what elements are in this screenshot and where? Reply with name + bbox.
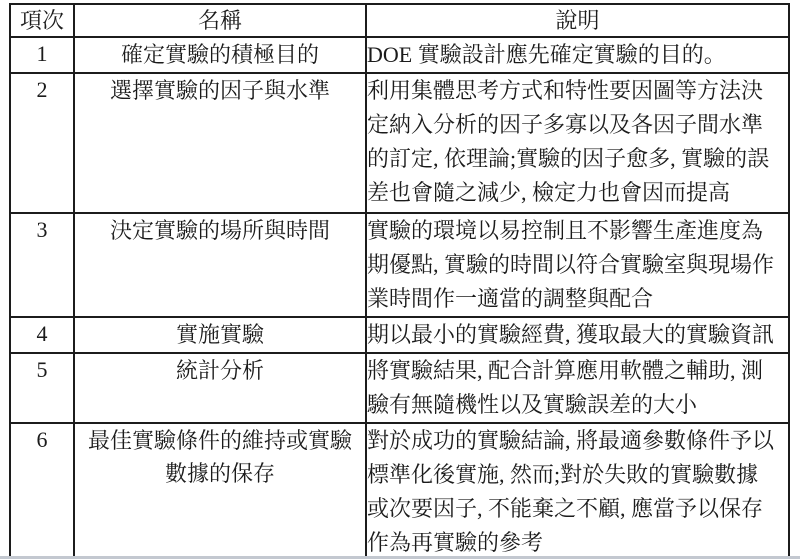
doe-steps-table: 項次 名稱 說明 1 確定實驗的積極目的 DOE 實驗設計應先確定實驗的目的。 …	[9, 3, 790, 559]
table-row: 1 確定實驗的積極目的 DOE 實驗設計應先確定實驗的目的。	[10, 37, 789, 73]
table-row: 6 最佳實驗條件的維持或實驗 數據的保存 對於成功的實驗結論, 將最適參數條件予…	[10, 423, 789, 559]
row-3-description-cell: 實驗的環境以易控制且不影響生產進度為 期優點, 實驗的時間以符合實驗室與現場作 …	[366, 213, 789, 317]
document-page: 項次 名稱 說明 1 確定實驗的積極目的 DOE 實驗設計應先確定實驗的目的。 …	[0, 0, 800, 559]
row-3-index-cell: 3	[10, 213, 74, 317]
row-1-name-cell: 確定實驗的積極目的	[74, 37, 366, 73]
row-2-index-cell: 2	[10, 73, 74, 213]
header-item-number: 項次	[10, 4, 74, 37]
row-4-description-cell: 期以最小的實驗經費, 獲取最大的實驗資訊	[366, 317, 789, 353]
table-row: 4 實施實驗 期以最小的實驗經費, 獲取最大的實驗資訊	[10, 317, 789, 353]
row-6-index-cell: 6	[10, 423, 74, 559]
table-row: 2 選擇實驗的因子與水準 利用集體思考方式和特性要因圖等方法決 定納入分析的因子…	[10, 73, 789, 213]
table-row: 5 統計分析 將實驗結果, 配合計算應用軟體之輔助, 測 驗有無隨機性以及實驗誤…	[10, 353, 789, 423]
row-4-name-cell: 實施實驗	[74, 317, 366, 353]
row-3-name-cell: 決定實驗的場所與時間	[74, 213, 366, 317]
row-5-description-cell: 將實驗結果, 配合計算應用軟體之輔助, 測 驗有無隨機性以及實驗誤差的大小	[366, 353, 789, 423]
header-description: 說明	[366, 4, 789, 37]
row-1-description-cell: DOE 實驗設計應先確定實驗的目的。	[366, 37, 789, 73]
row-2-description-cell: 利用集體思考方式和特性要因圖等方法決 定納入分析的因子多寡以及各因子間水準 的訂…	[366, 73, 789, 213]
row-2-name-cell: 選擇實驗的因子與水準	[74, 73, 366, 213]
header-name: 名稱	[74, 4, 366, 37]
table-row: 3 決定實驗的場所與時間 實驗的環境以易控制且不影響生產進度為 期優點, 實驗的…	[10, 213, 789, 317]
row-5-index-cell: 5	[10, 353, 74, 423]
row-6-description-cell: 對於成功的實驗結論, 將最適參數條件予以 標準化後實施, 然而;對於失敗的實驗數…	[366, 423, 789, 559]
row-6-name-cell: 最佳實驗條件的維持或實驗 數據的保存	[74, 423, 366, 559]
row-4-index-cell: 4	[10, 317, 74, 353]
row-5-name-cell: 統計分析	[74, 353, 366, 423]
header-row: 項次 名稱 說明	[10, 4, 789, 37]
row-1-index-cell: 1	[10, 37, 74, 73]
